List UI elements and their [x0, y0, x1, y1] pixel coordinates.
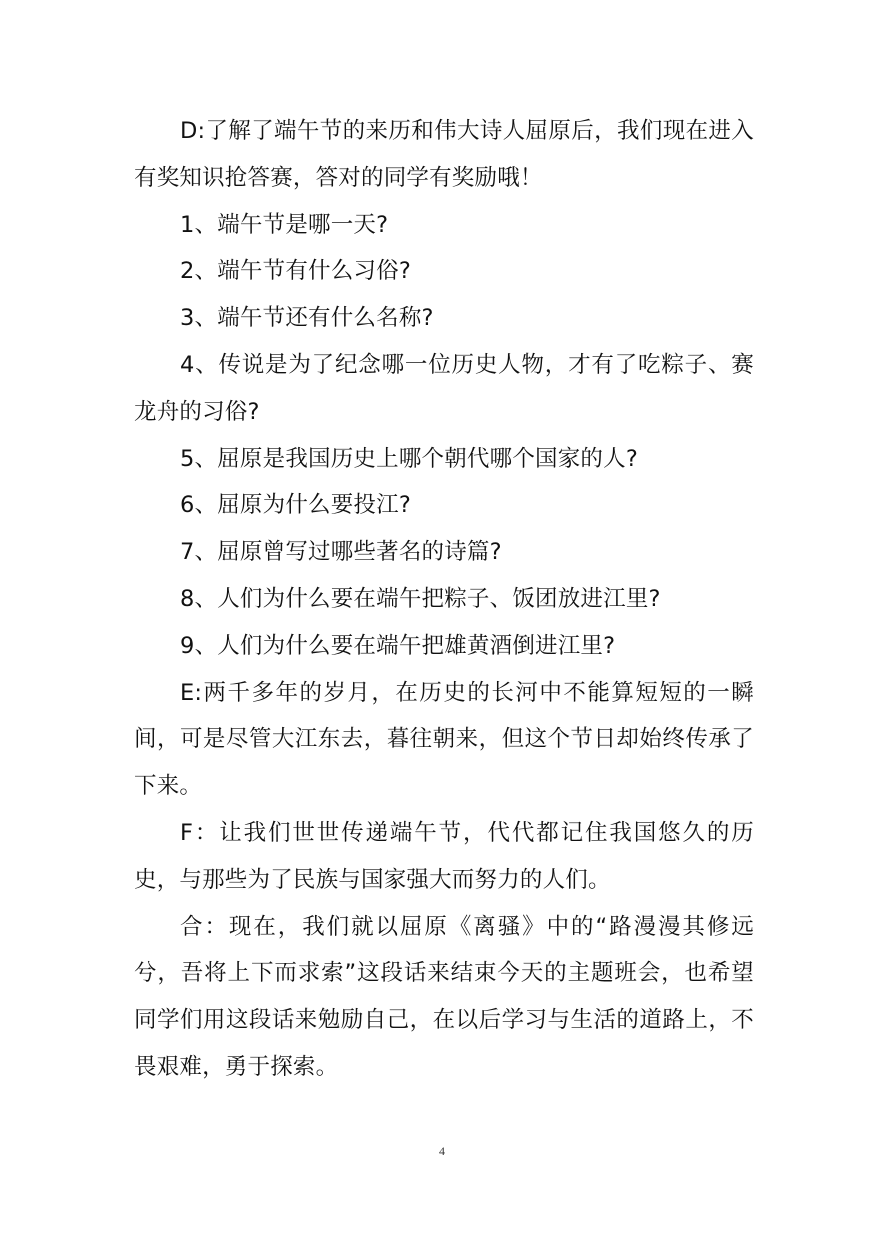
question-1: 1、端午节是哪一天?	[134, 202, 754, 249]
question-2: 2、端午节有什么习俗?	[134, 248, 754, 295]
question-5: 5、屈原是我国历史上哪个朝代哪个国家的人?	[134, 436, 754, 483]
question-4: 4、传说是为了纪念哪一位历史人物，才有了吃粽子、赛龙舟的习俗?	[134, 342, 754, 436]
document-page: D:了解了端午节的来历和伟大诗人屈原后，我们现在进入有奖知识抢答赛，答对的同学有…	[134, 108, 754, 1091]
question-6: 6、屈原为什么要投江?	[134, 482, 754, 529]
question-7: 7、屈原曾写过哪些著名的诗篇?	[134, 529, 754, 576]
question-8: 8、人们为什么要在端午把粽子、饭团放进江里?	[134, 576, 754, 623]
paragraph-e: E:两千多年的岁月，在历史的长河中不能算短短的一瞬间，可是尽管大江东去，暮往朝来…	[134, 670, 754, 810]
paragraph-closing: 合：现在，我们就以屈原《离骚》中的“路漫漫其修远兮，吾将上下而求索”这段话来结束…	[134, 904, 754, 1091]
paragraph-intro-d: D:了解了端午节的来历和伟大诗人屈原后，我们现在进入有奖知识抢答赛，答对的同学有…	[134, 108, 754, 202]
paragraph-f: F：让我们世世传递端午节，代代都记住我国悠久的历史，与那些为了民族与国家强大而努…	[134, 810, 754, 904]
question-9: 9、人们为什么要在端午把雄黄酒倒进江里?	[134, 623, 754, 670]
question-3: 3、端午节还有什么名称?	[134, 295, 754, 342]
page-number: 4	[0, 1144, 884, 1159]
